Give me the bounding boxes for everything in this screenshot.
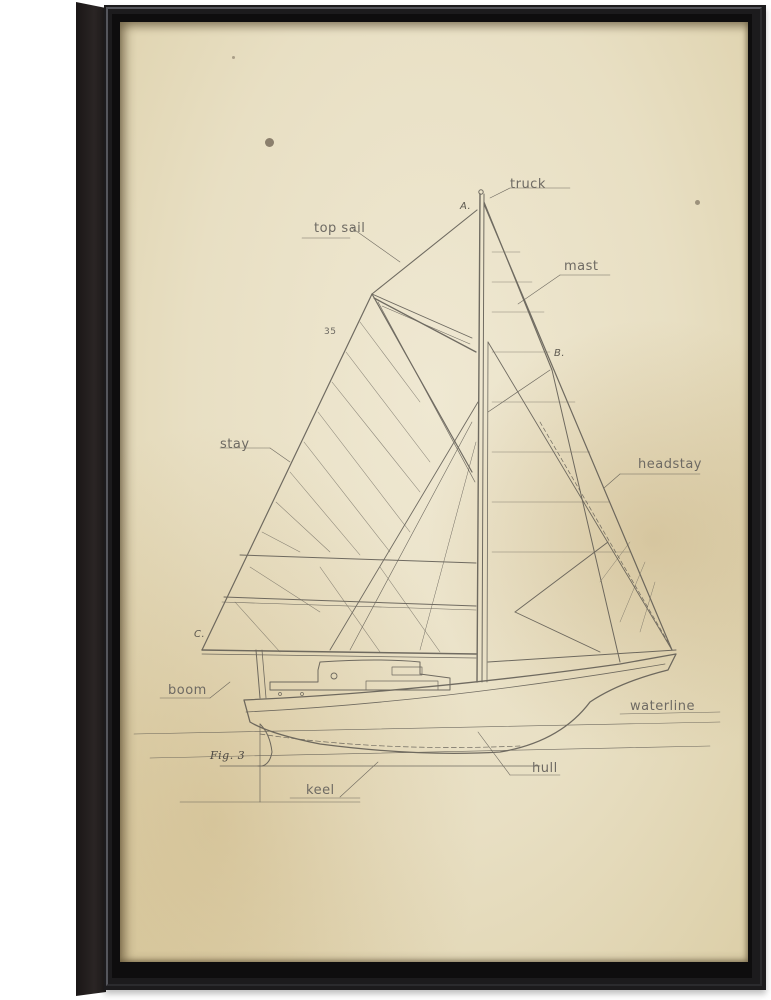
label-stay: stay (220, 438, 250, 451)
figure-label: Fig. 3 (210, 750, 245, 761)
point-label-c: C. (194, 630, 205, 640)
label-topsail: top sail (314, 222, 365, 235)
label-boom: boom (168, 684, 207, 697)
point-label-a: A. (460, 202, 471, 212)
canvas-print: truck top sail mast stay headstay boom w… (120, 22, 748, 962)
label-keel: keel (306, 784, 335, 797)
sailboat-sketch (120, 22, 748, 962)
label-waterline: waterline (630, 700, 695, 713)
point-label-b: B. (554, 349, 565, 359)
frame-side (76, 2, 106, 996)
framed-artwork: truck top sail mast stay headstay boom w… (0, 0, 771, 1000)
number-label-35: 35 (324, 328, 336, 337)
label-truck: truck (510, 178, 546, 191)
label-mast: mast (564, 260, 599, 273)
label-hull: hull (532, 762, 558, 775)
label-headstay: headstay (638, 458, 702, 471)
